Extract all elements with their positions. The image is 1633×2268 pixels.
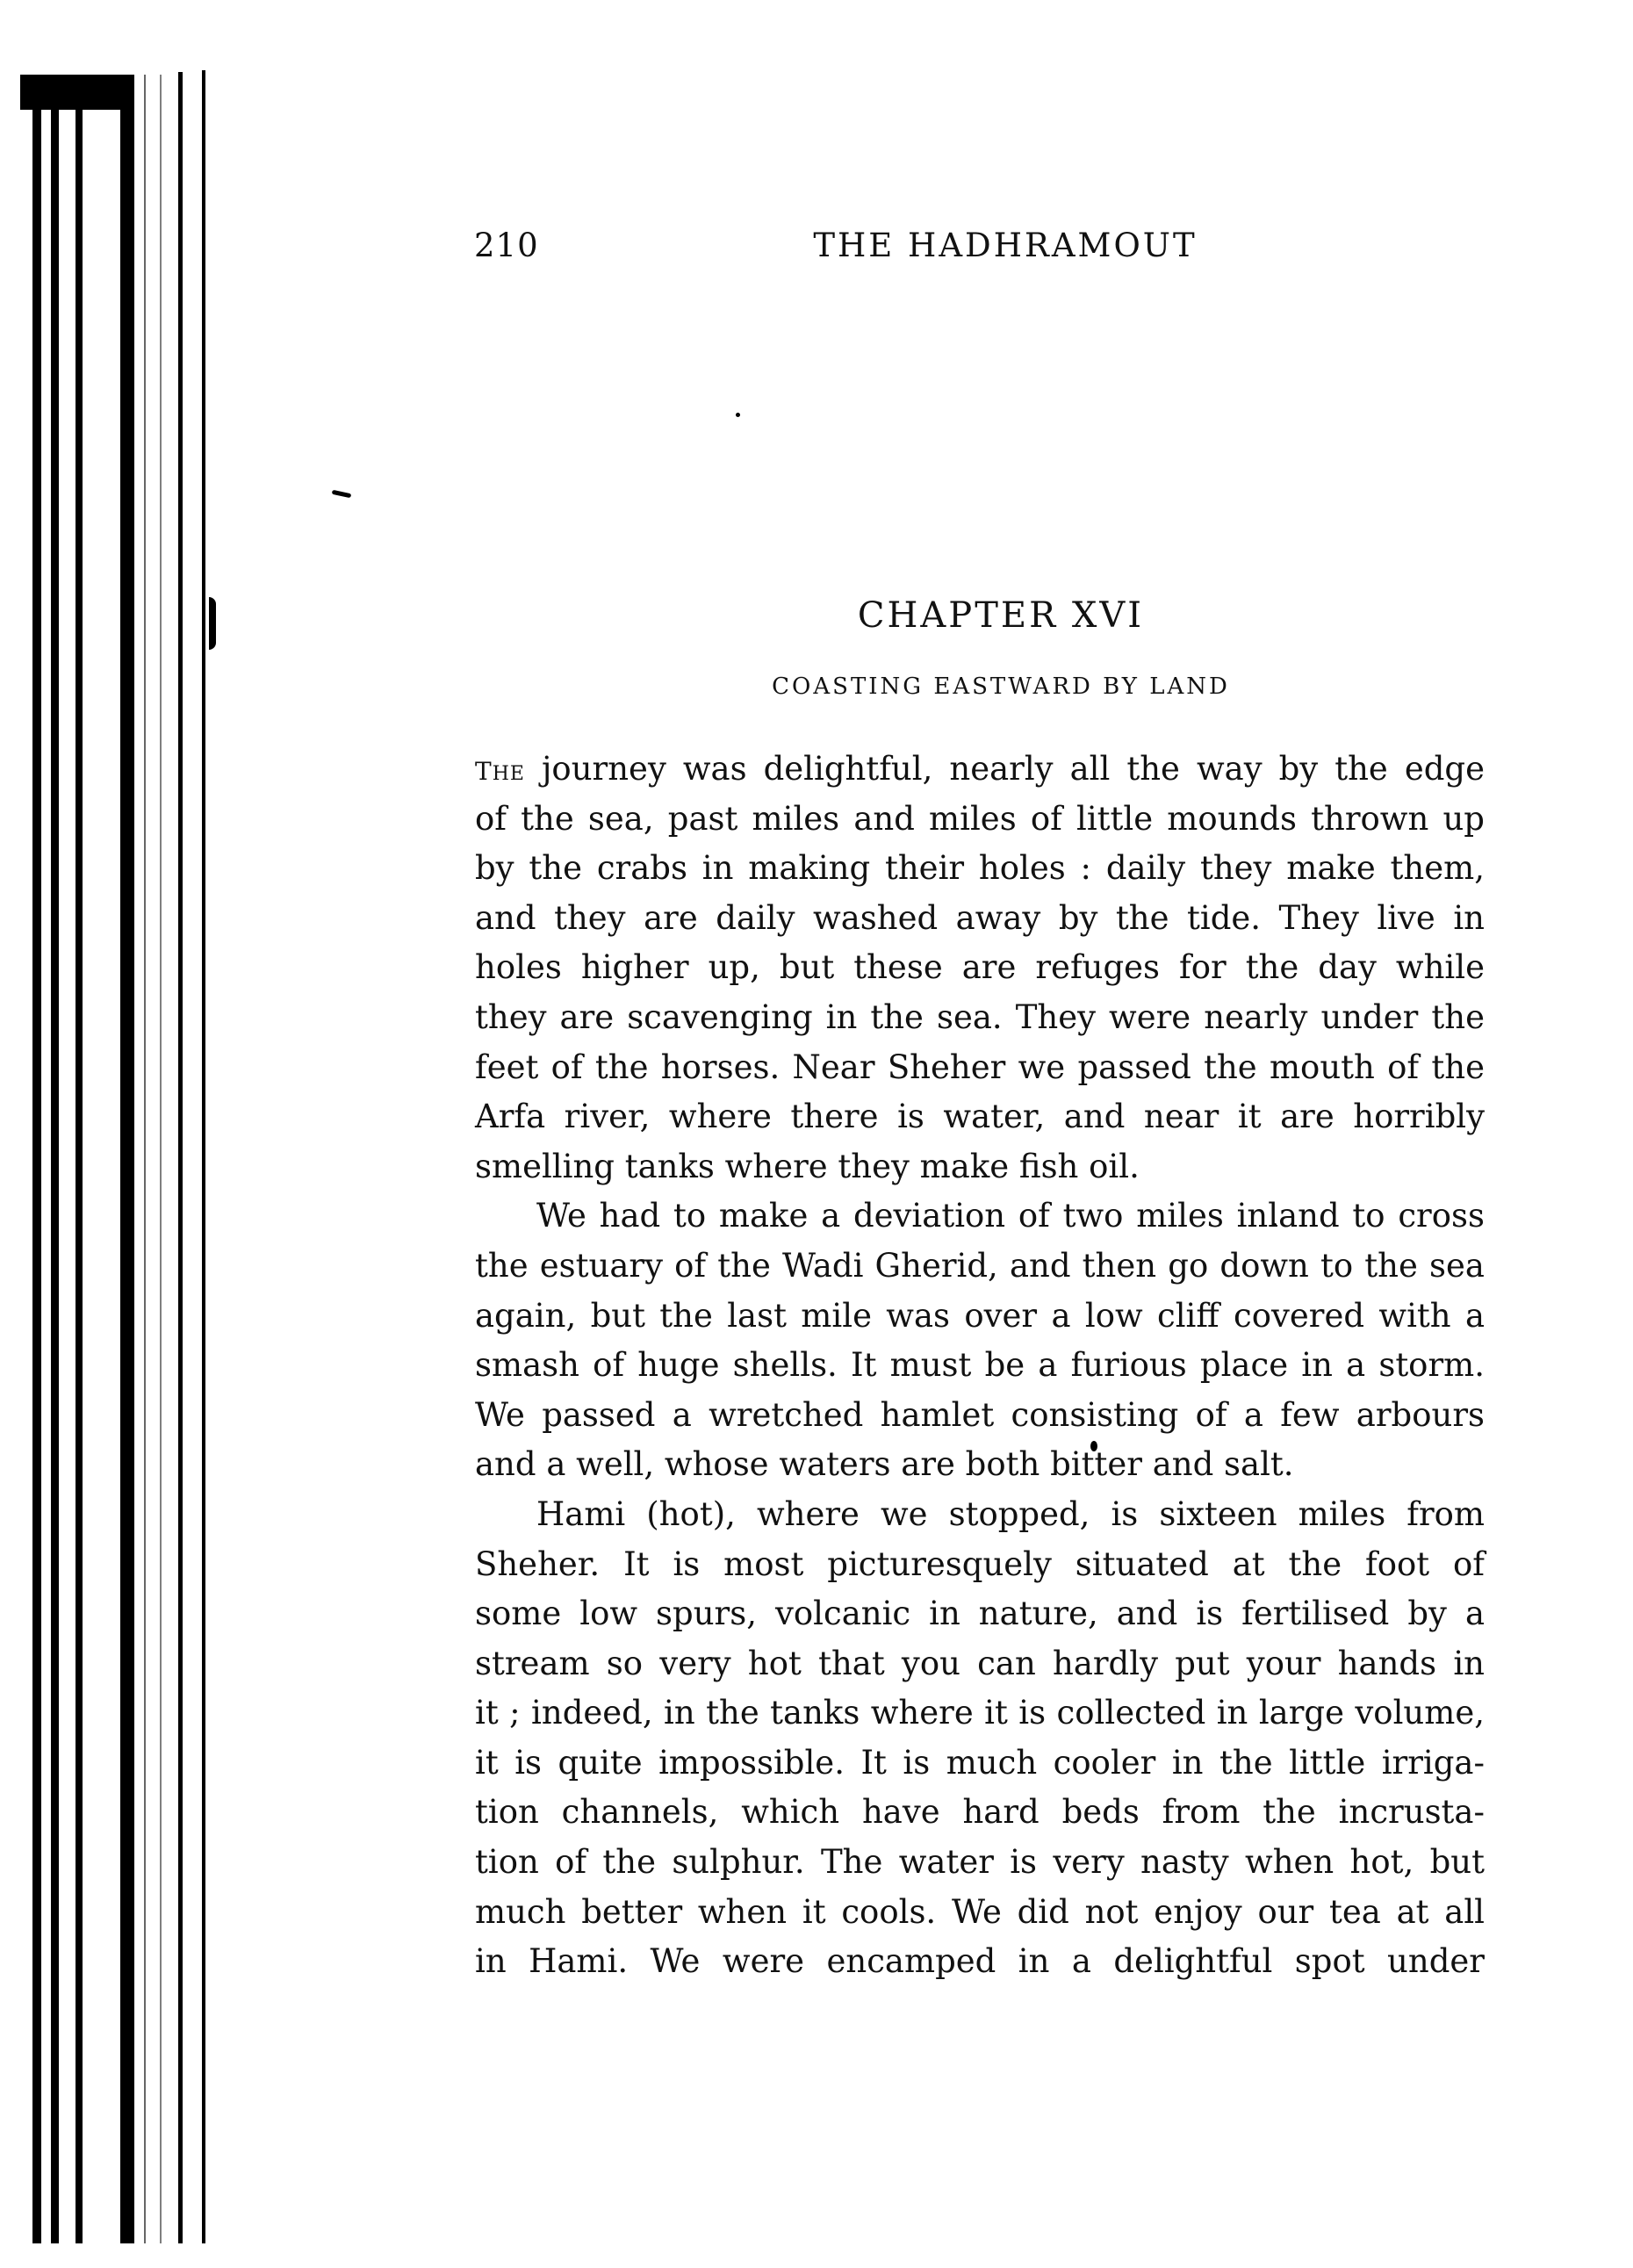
text-line: tion of the sulphur. The water is very n… (475, 1838, 1485, 1888)
text-line: tion channels, which have hard beds from… (475, 1788, 1485, 1838)
text-line: in Hami. We were encamped in a delightfu… (475, 1937, 1485, 1987)
text-line: We passed a wretched hamlet consisting o… (475, 1391, 1485, 1441)
text-line: again, but the last mile was over a low … (475, 1292, 1485, 1342)
text-line: We had to make a deviation of two miles … (475, 1192, 1485, 1242)
page-header: 210 THE HADHRAMOUT (474, 227, 1484, 270)
chapter-subtitle: COASTING EASTWARD BY LAND (474, 673, 1484, 700)
text-line: Sheher. It is most picturesquely situate… (475, 1540, 1485, 1590)
text-line: it is quite impossible. It is much coole… (475, 1739, 1485, 1789)
text-line: and they are daily washed away by the ti… (475, 894, 1485, 944)
text-line: it ; indeed, in the tanks where it is co… (475, 1688, 1485, 1739)
text-line: holes higher up, but these are refuges f… (475, 943, 1485, 993)
book-binding-edge (0, 0, 228, 2268)
dropcap-word: THE (475, 757, 525, 786)
text-line: of the sea, past miles and miles of litt… (475, 795, 1485, 845)
text-line: some low spurs, volcanic in nature, and … (475, 1589, 1485, 1639)
text-line: they are scavenging in the sea. They wer… (475, 993, 1485, 1043)
text-line: Arfa river, where there is water, and ne… (475, 1092, 1485, 1142)
text-line: THE journey was delightful, nearly all t… (475, 745, 1485, 795)
text-line: smash of huge shells. It must be a furio… (475, 1341, 1485, 1391)
text-line: the estuary of the Wadi Gherid, and then… (475, 1242, 1485, 1292)
text-line: and a well, whose waters are both bitter… (475, 1440, 1485, 1490)
text-line: smelling tanks where they make fish oil. (475, 1142, 1485, 1192)
text-line: stream so very hot that you can hardly p… (475, 1639, 1485, 1689)
text-line: Hami (hot), where we stopped, is sixteen… (475, 1490, 1485, 1540)
chapter-title: CHAPTER XVI (474, 595, 1484, 636)
text-line: feet of the horses. Near Sheher we passe… (475, 1043, 1485, 1093)
running-title: THE HADHRAMOUT (474, 227, 1484, 264)
text-line: much better when it cools. We did not en… (475, 1888, 1485, 1938)
text-line: by the crabs in making their holes : dai… (475, 844, 1485, 894)
body-text: THE journey was delightful, nearly all t… (475, 745, 1485, 1987)
